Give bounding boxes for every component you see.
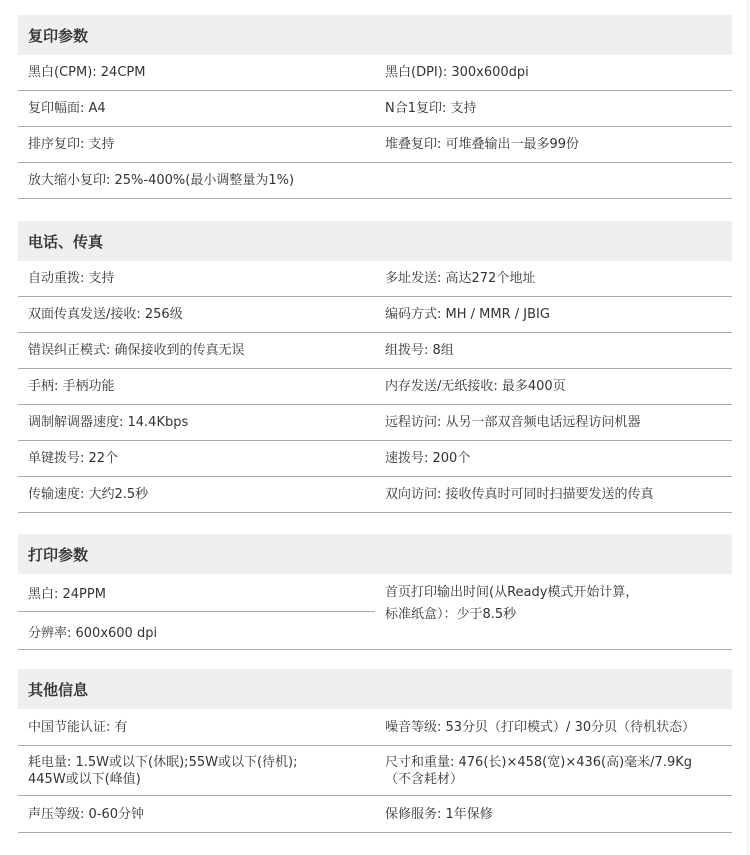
table-row: 声压等级: 0-60分钟 保修服务: 1年保修 [18,796,732,833]
table-row: 错误纠正模式: 确保接收到的传真无误 组拨号: 8组 [18,333,732,369]
section-title: 其他信息 [18,669,732,709]
table-row: 黑白: 24PPM 分辨率: 600x600 dpi 首页打印输出时间(从Rea… [18,574,732,650]
spec-cell: 调制解调器速度: 14.4Kbps [18,405,375,440]
section-title: 电话、传真 [18,221,732,261]
spec-cell: 声压等级: 0-60分钟 [18,796,375,832]
spec-cell: 多址发送: 高达272个地址 [375,261,732,296]
spec-text-line: 标准纸盒）：少于8.5秒 [385,604,722,626]
spec-text-line: 尺寸和重量: 476(长)×458(宽)×436(高)毫米/7.9Kg [385,754,692,771]
section-title: 打印参数 [18,534,732,574]
spec-cell: 单键拨号: 22个 [18,441,375,476]
scrollbar-edge [747,0,748,855]
spec-cell: 远程访问: 从另一部双音频电话远程访问机器 [375,405,732,440]
spec-text-line: 耗电量: 1.5W或以下(休眠);55W或以下(待机); [28,754,297,771]
table-row: 中国节能认证: 有 噪音等级: 53分贝（打印模式）/ 30分贝（待机状态） [18,709,732,746]
table-row: 排序复印: 支持 堆叠复印: 可堆叠输出一最多99份 [18,127,732,163]
print-left-column: 黑白: 24PPM 分辨率: 600x600 dpi [18,574,375,649]
table-row: 耗电量: 1.5W或以下(休眠);55W或以下(待机); 445W或以下(峰值)… [18,746,732,796]
spec-cell: 噪音等级: 53分贝（打印模式）/ 30分贝（待机状态） [375,709,732,745]
spec-cell: 内存发送/无纸接收: 最多400页 [375,369,732,404]
spec-cell: 尺寸和重量: 476(长)×458(宽)×436(高)毫米/7.9Kg （不含耗… [375,746,732,795]
spec-text-line: 445W或以下(峰值) [28,771,141,788]
spec-cell: 黑白(CPM): 24CPM [18,55,375,90]
section-title: 复印参数 [18,15,732,55]
table-row: 双面传真发送/接收: 256级 编码方式: MH / MMR / JBIG [18,297,732,333]
section-copy: 复印参数 黑白(CPM): 24CPM 黑白(DPI): 300x600dpi … [18,15,732,199]
spec-cell: N合1复印: 支持 [375,91,732,126]
spec-cell: 编码方式: MH / MMR / JBIG [375,297,732,332]
spec-cell: 传输速度: 大约2.5秒 [18,477,375,512]
table-row: 放大缩小复印: 25%-400%(最小调整量为1%) [18,163,732,199]
spec-cell-first-page-time: 首页打印输出时间(从Ready模式开始计算， 标准纸盒）：少于8.5秒 [375,574,732,649]
table-row: 单键拨号: 22个 速拨号: 200个 [18,441,732,477]
spec-cell: 黑白(DPI): 300x600dpi [375,55,732,90]
section-print: 打印参数 黑白: 24PPM 分辨率: 600x600 dpi 首页打印输出时间… [18,534,732,650]
spec-text-line: （不含耗材） [385,771,463,788]
spec-cell: 耗电量: 1.5W或以下(休眠);55W或以下(待机); 445W或以下(峰值) [18,746,375,795]
spec-cell: 错误纠正模式: 确保接收到的传真无误 [18,333,375,368]
spec-cell: 双向访问: 接收传真时可同时扫描要发送的传真 [375,477,732,512]
spec-cell: 堆叠复印: 可堆叠输出一最多99份 [375,127,732,162]
spec-cell: 自动重拨: 支持 [18,261,375,296]
spec-cell: 分辨率: 600x600 dpi [18,612,375,650]
table-row: 复印幅面: A4 N合1复印: 支持 [18,91,732,127]
spec-cell: 排序复印: 支持 [18,127,375,162]
spec-cell: 双面传真发送/接收: 256级 [18,297,375,332]
spec-cell: 中国节能认证: 有 [18,709,375,745]
table-row: 自动重拨: 支持 多址发送: 高达272个地址 [18,261,732,297]
spec-cell: 保修服务: 1年保修 [375,796,732,832]
spec-cell: 速拨号: 200个 [375,441,732,476]
spec-cell: 组拨号: 8组 [375,333,732,368]
spec-cell: 复印幅面: A4 [18,91,375,126]
section-fax: 电话、传真 自动重拨: 支持 多址发送: 高达272个地址 双面传真发送/接收:… [18,221,732,513]
table-row: 调制解调器速度: 14.4Kbps 远程访问: 从另一部双音频电话远程访问机器 [18,405,732,441]
spec-cell: 手柄: 手柄功能 [18,369,375,404]
spec-cell: 黑白: 24PPM [18,574,375,612]
table-row: 手柄: 手柄功能 内存发送/无纸接收: 最多400页 [18,369,732,405]
table-row: 黑白(CPM): 24CPM 黑白(DPI): 300x600dpi [18,55,732,91]
table-row: 传输速度: 大约2.5秒 双向访问: 接收传真时可同时扫描要发送的传真 [18,477,732,513]
spec-cell: 放大缩小复印: 25%-400%(最小调整量为1%) [18,163,732,198]
section-other: 其他信息 中国节能认证: 有 噪音等级: 53分贝（打印模式）/ 30分贝（待机… [18,669,732,833]
spec-text-line: 首页打印输出时间(从Ready模式开始计算， [385,582,722,604]
